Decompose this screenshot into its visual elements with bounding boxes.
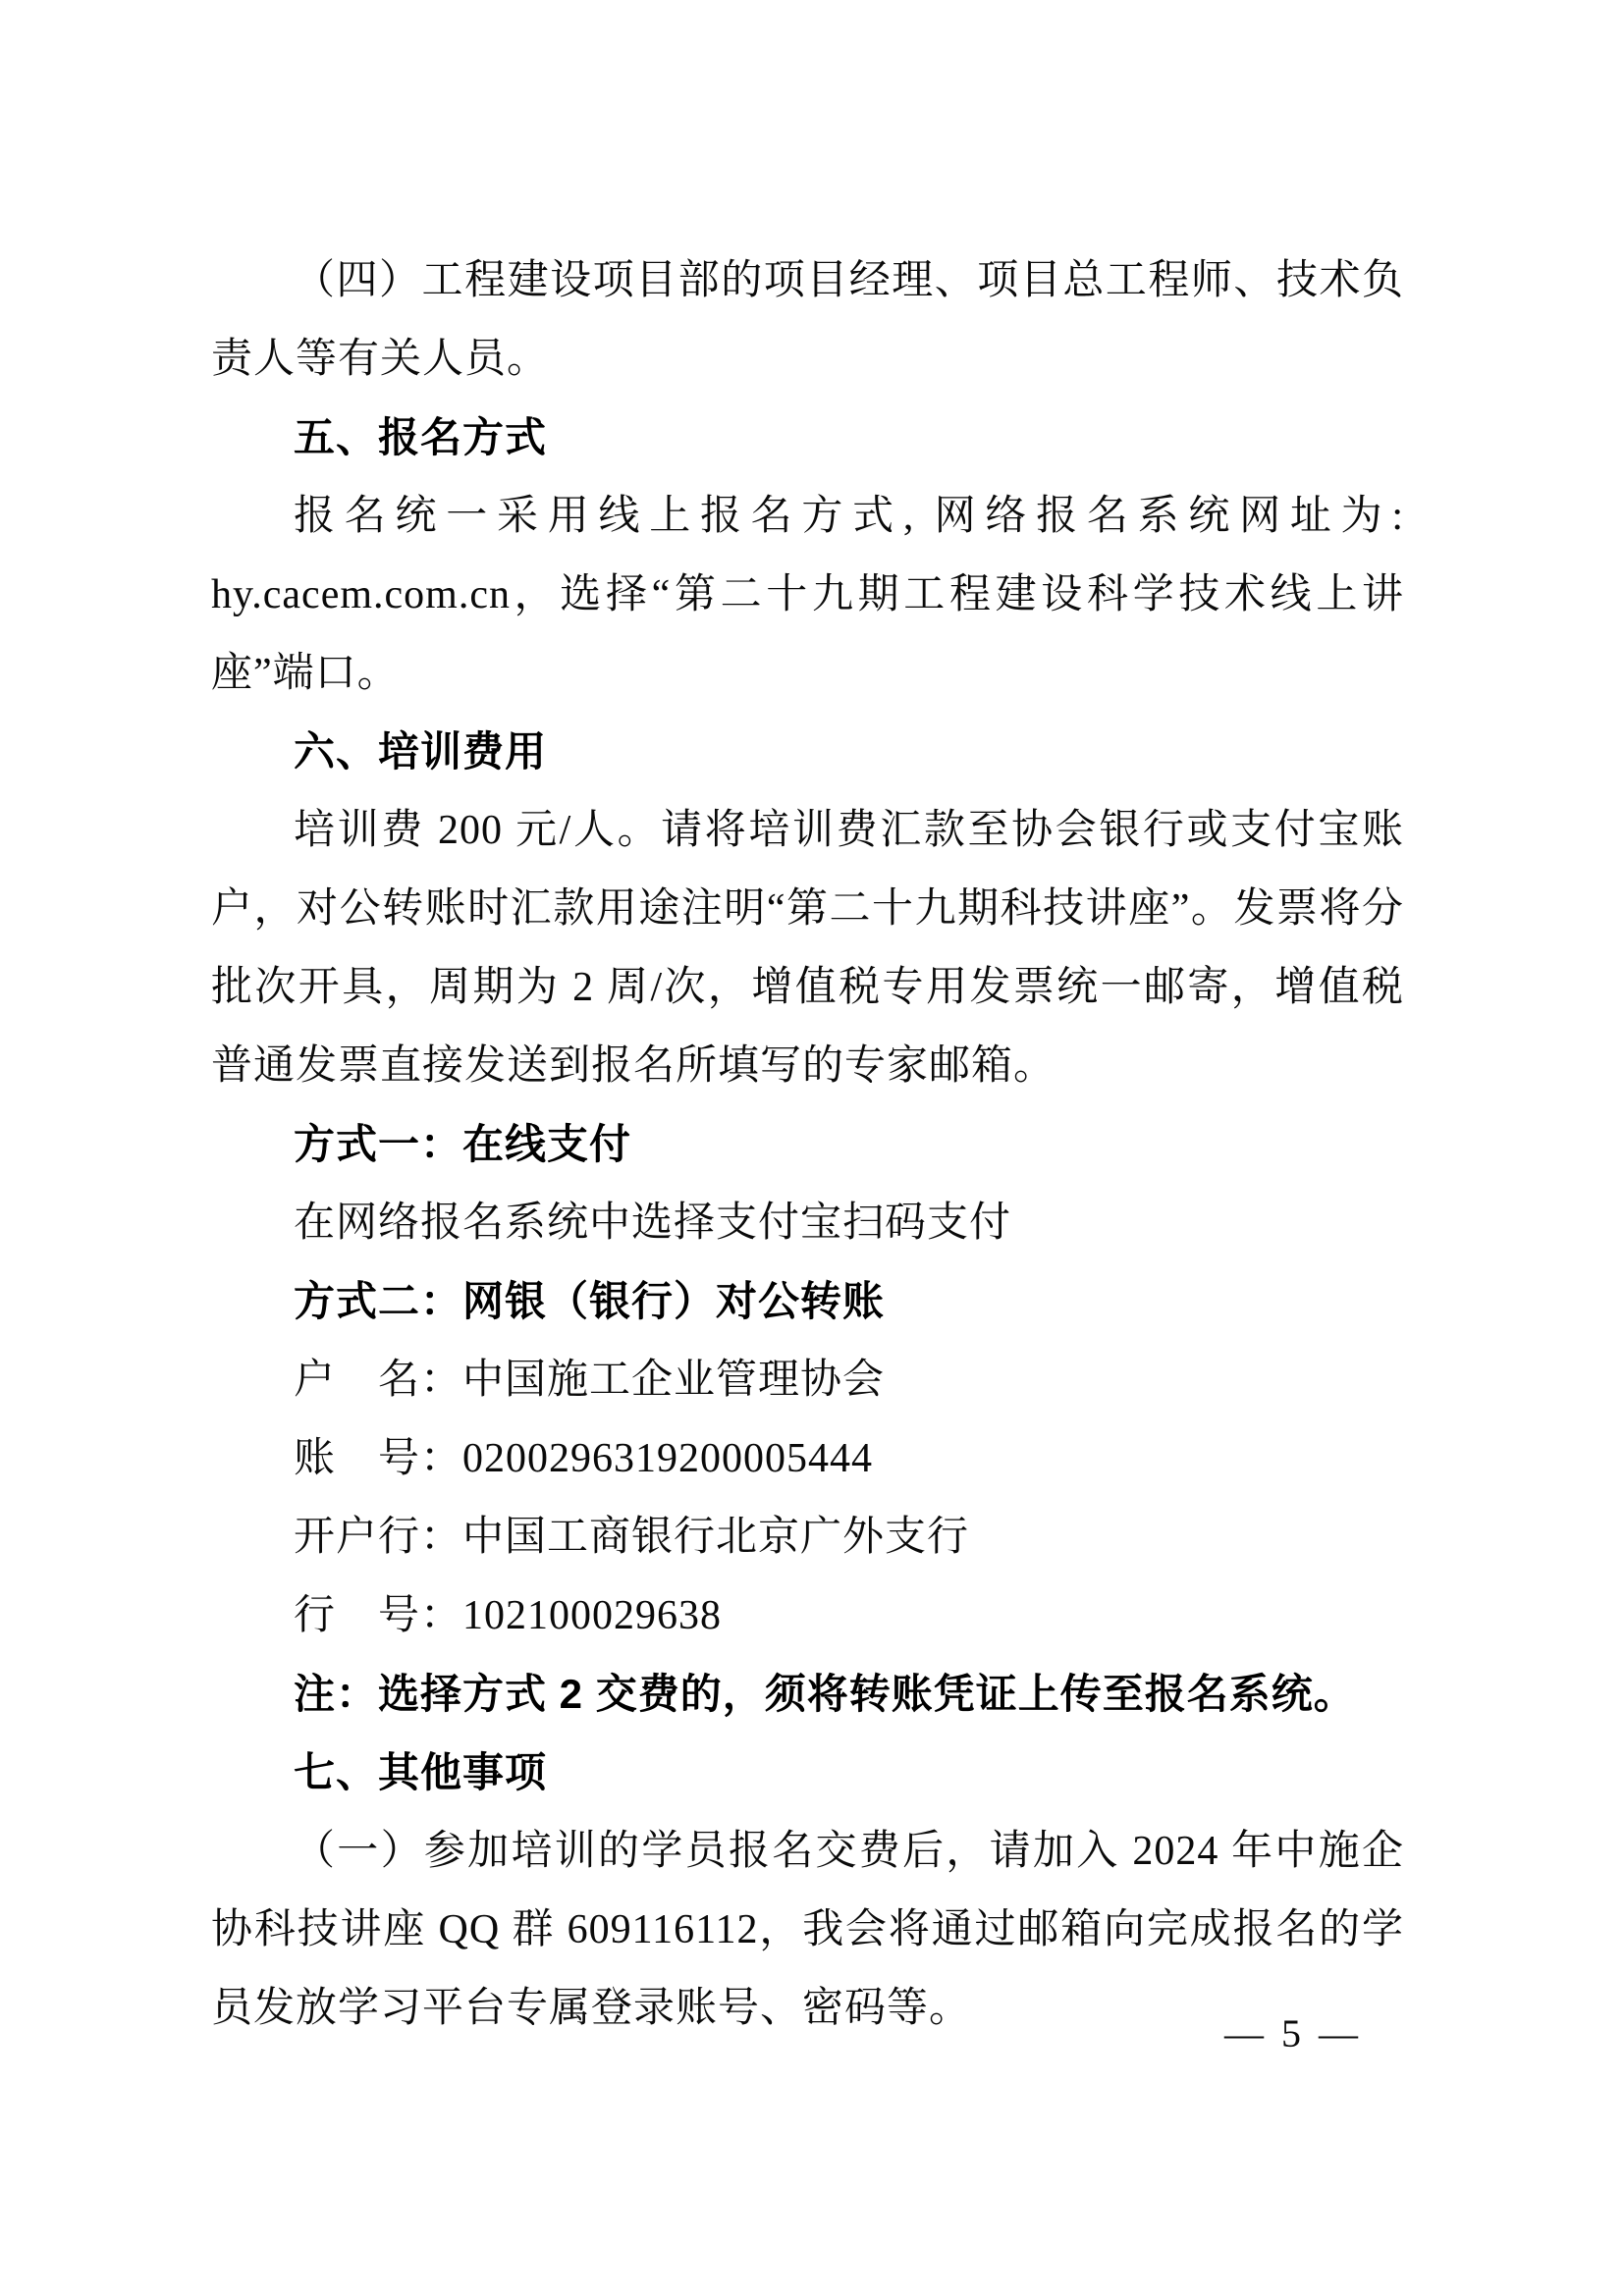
page-number: — 5 —	[1224, 2010, 1362, 2057]
section-heading-7-other-matters: 七、其他事项	[211, 1734, 1404, 1812]
field-account-number: 账 号：0200296319200005444	[211, 1419, 1404, 1498]
paragraph-method-1-description: 在网络报名系统中选择支付宝扫码支付	[211, 1184, 1404, 1262]
field-account-number-value: 0200296319200005444	[462, 1436, 873, 1481]
field-account-number-label: 账 号：	[294, 1436, 462, 1481]
note-transfer-voucher: 注：选择方式 2 交费的，须将转账凭证上传至报名系统。	[211, 1655, 1404, 1734]
field-account-name: 户 名：中国施工企业管理协会	[211, 1341, 1404, 1419]
field-account-name-label: 户 名：	[294, 1358, 462, 1403]
document-body: （四）工程建设项目部的项目经理、项目总工程师、技术负责人等有关人员。 五、报名方…	[211, 241, 1404, 2048]
section-heading-6-training-fee: 六、培训费用	[211, 713, 1404, 791]
paragraph-audience-item-4: （四）工程建设项目部的项目经理、项目总工程师、技术负责人等有关人员。	[211, 241, 1404, 399]
field-bank-name-label: 开户行：	[294, 1515, 462, 1560]
subheading-method-1-online-payment: 方式一：在线支付	[211, 1105, 1404, 1184]
document-page: （四）工程建设项目部的项目经理、项目总工程师、技术负责人等有关人员。 五、报名方…	[0, 0, 1624, 2296]
field-bank-branch-number-value: 102100029638	[462, 1593, 722, 1638]
subheading-method-2-bank-transfer: 方式二：网银（银行）对公转账	[211, 1262, 1404, 1341]
field-account-name-value: 中国施工企业管理协会	[462, 1358, 885, 1403]
field-bank-name-value: 中国工商银行北京广外支行	[462, 1515, 969, 1560]
field-bank-branch-number: 行 号：102100029638	[211, 1576, 1404, 1655]
paragraph-fee-info: 培训费 200 元/人。请将培训费汇款至协会银行或支付宝账户，对公转账时汇款用途…	[211, 791, 1404, 1105]
paragraph-registration-info: 报名统一采用线上报名方式, 网络报名系统网址为: hy.cacem.com.cn…	[211, 477, 1404, 713]
section-heading-5-registration-method: 五、报名方式	[211, 399, 1404, 477]
field-bank-branch-number-label: 行 号：	[294, 1593, 462, 1638]
field-bank-name: 开户行：中国工商银行北京广外支行	[211, 1498, 1404, 1576]
